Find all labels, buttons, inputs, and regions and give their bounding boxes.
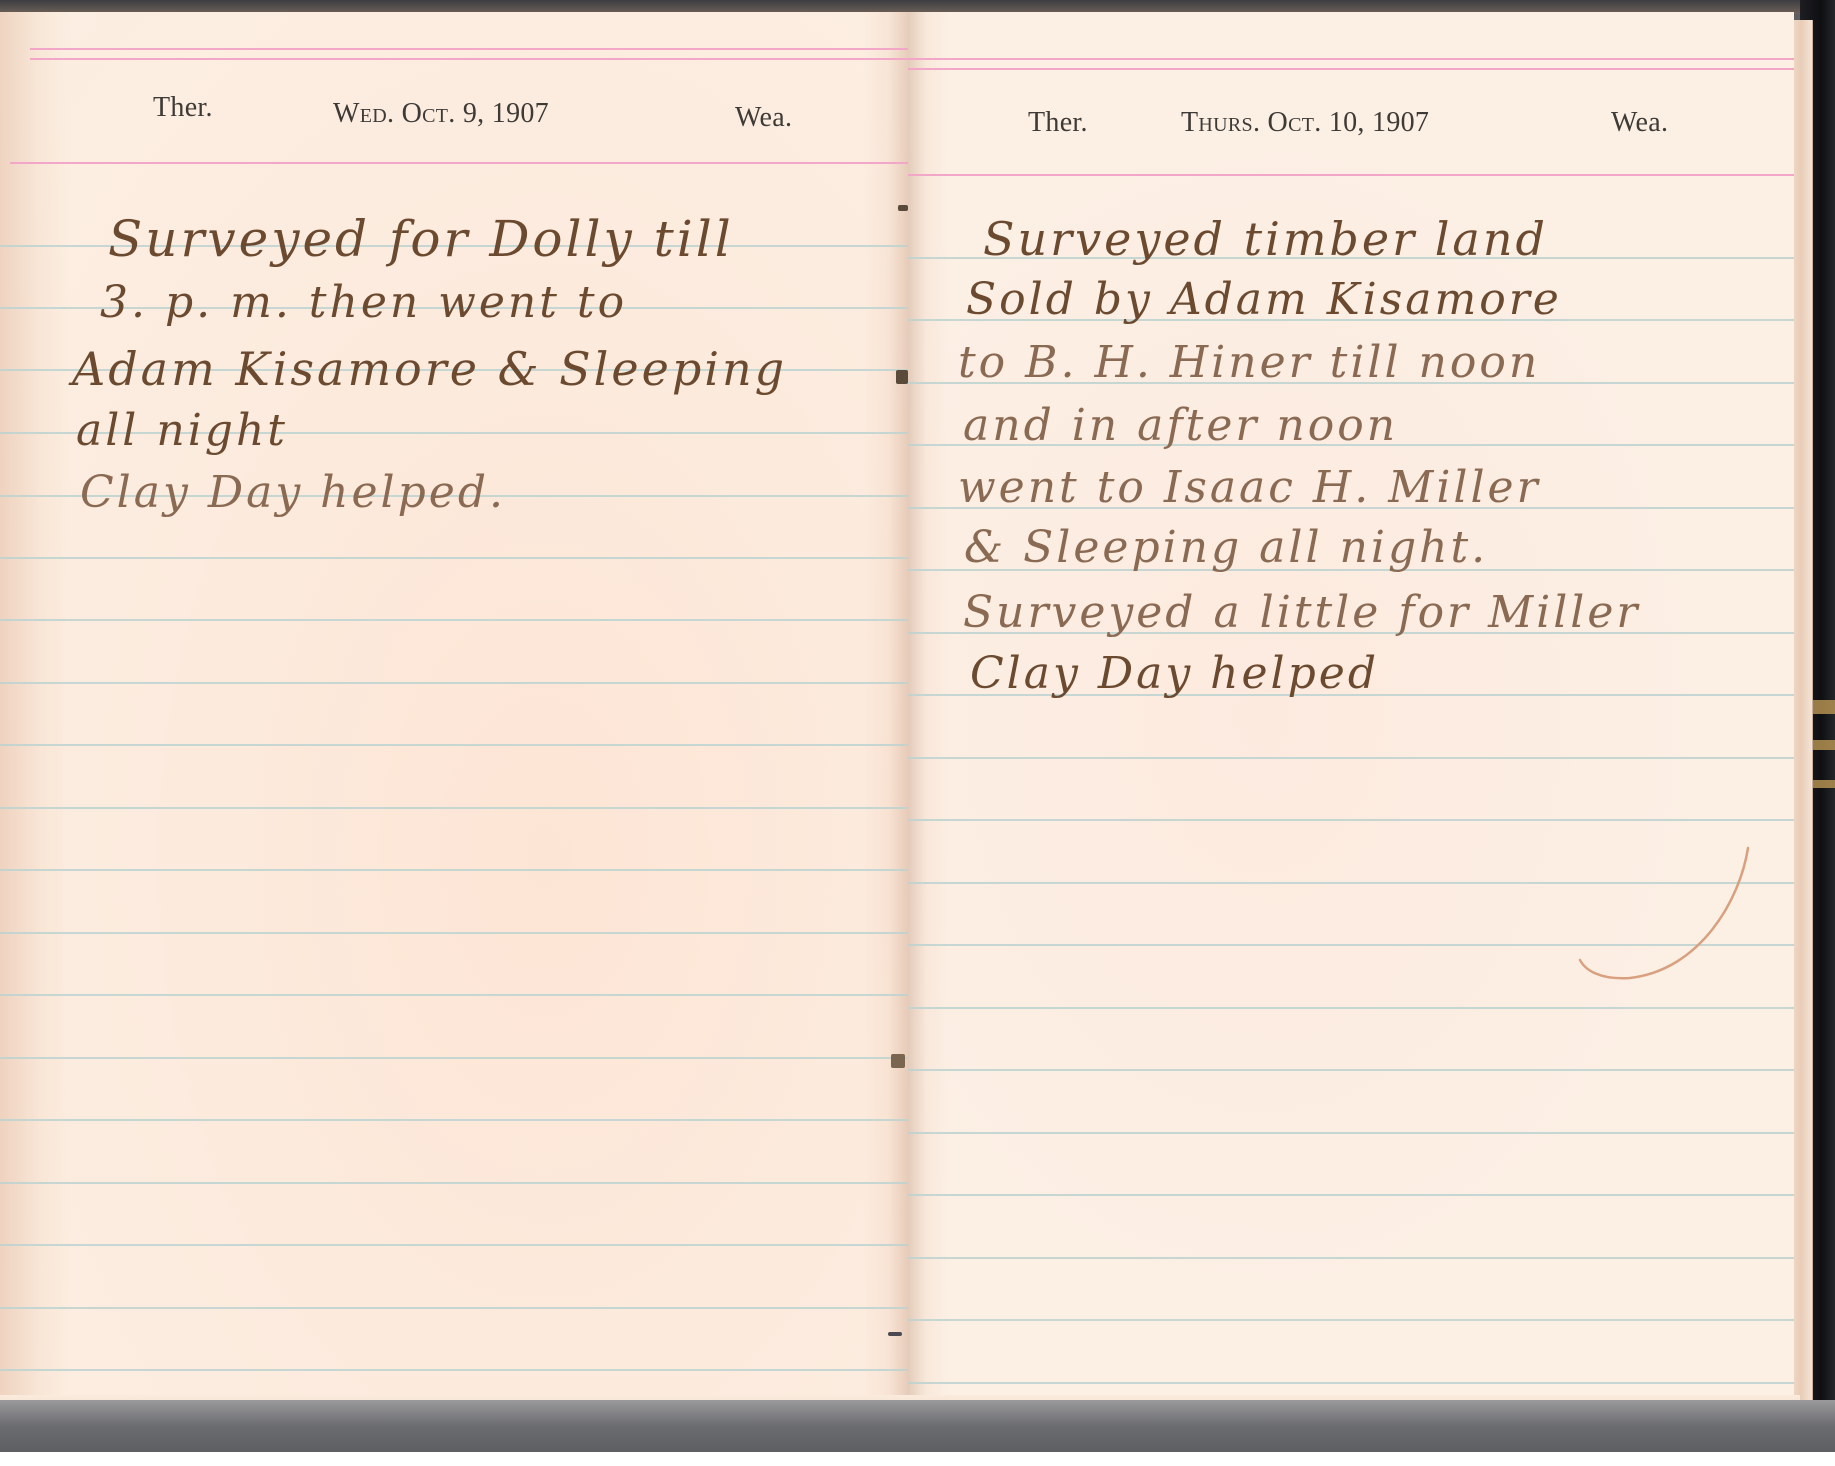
entry-line: all night xyxy=(76,405,288,456)
page-date: Thurs. Oct. 10, 1907 xyxy=(1181,107,1429,139)
weather-label: Wea. xyxy=(1611,107,1668,139)
header-rule-top xyxy=(908,58,1794,60)
ruled-line xyxy=(0,869,908,871)
spine-stitch-mark xyxy=(891,1054,905,1068)
ruled-line xyxy=(908,1132,1794,1134)
entry-line: Clay Day helped xyxy=(970,648,1379,699)
ruled-line xyxy=(0,1369,908,1371)
entry-line: and in after noon xyxy=(963,400,1398,451)
weather-label: Wea. xyxy=(735,102,792,134)
ruled-line xyxy=(0,807,908,809)
header-rule-bottom xyxy=(10,162,908,164)
entry-line: 3. p. m. then went to xyxy=(100,277,627,328)
ruled-line xyxy=(0,1119,908,1121)
spine-stitch-mark xyxy=(888,1332,902,1336)
left-page: Ther. Wed. Oct. 9, 1907 Wea. Surveyed fo… xyxy=(0,12,908,1420)
pencil-curve-mark xyxy=(1560,820,1760,1000)
entry-line: to B. H. Hiner till noon xyxy=(958,337,1540,388)
ruled-line xyxy=(908,1382,1794,1384)
ruled-line xyxy=(0,744,908,746)
header-rule-top-double xyxy=(30,58,908,60)
ruled-line xyxy=(0,1244,908,1246)
ruled-line xyxy=(0,619,908,621)
header-rule-top xyxy=(30,48,908,50)
page-date: Wed. Oct. 9, 1907 xyxy=(333,98,549,130)
ruled-line xyxy=(0,1182,908,1184)
entry-line: Clay Day helped. xyxy=(80,467,506,518)
entry-line: Adam Kisamore & Sleeping xyxy=(72,342,787,396)
scan-border xyxy=(0,1452,1835,1466)
entry-line: & Sleeping all night. xyxy=(964,522,1488,573)
ruled-line xyxy=(908,1319,1794,1321)
ruled-line xyxy=(0,994,908,996)
ruled-line xyxy=(0,682,908,684)
ruled-line xyxy=(908,1194,1794,1196)
entry-line: Surveyed for Dolly till xyxy=(108,210,734,268)
ruled-line xyxy=(0,932,908,934)
ruled-line xyxy=(908,1007,1794,1009)
header-rule-bottom xyxy=(908,174,1794,176)
ruled-line xyxy=(908,1069,1794,1071)
entry-line: Sold by Adam Kisamore xyxy=(966,274,1562,325)
spine-stitch-mark xyxy=(896,370,908,384)
entry-line: Surveyed timber land xyxy=(983,212,1548,266)
ruled-line xyxy=(908,757,1794,759)
thermometer-label: Ther. xyxy=(153,92,213,124)
ruled-line xyxy=(0,557,908,559)
thermometer-label: Ther. xyxy=(1028,107,1088,139)
ruled-line xyxy=(908,1257,1794,1259)
ruled-line xyxy=(0,1057,908,1059)
entry-line: went to Isaac H. Miller xyxy=(958,462,1541,513)
right-page: Ther. Thurs. Oct. 10, 1907 Wea. Surveyed… xyxy=(908,12,1794,1420)
header-rule-top-double xyxy=(908,68,1794,70)
entry-line: Surveyed a little for Miller xyxy=(963,587,1640,638)
ruled-line xyxy=(0,1307,908,1309)
spine-stitch-mark xyxy=(898,205,908,211)
